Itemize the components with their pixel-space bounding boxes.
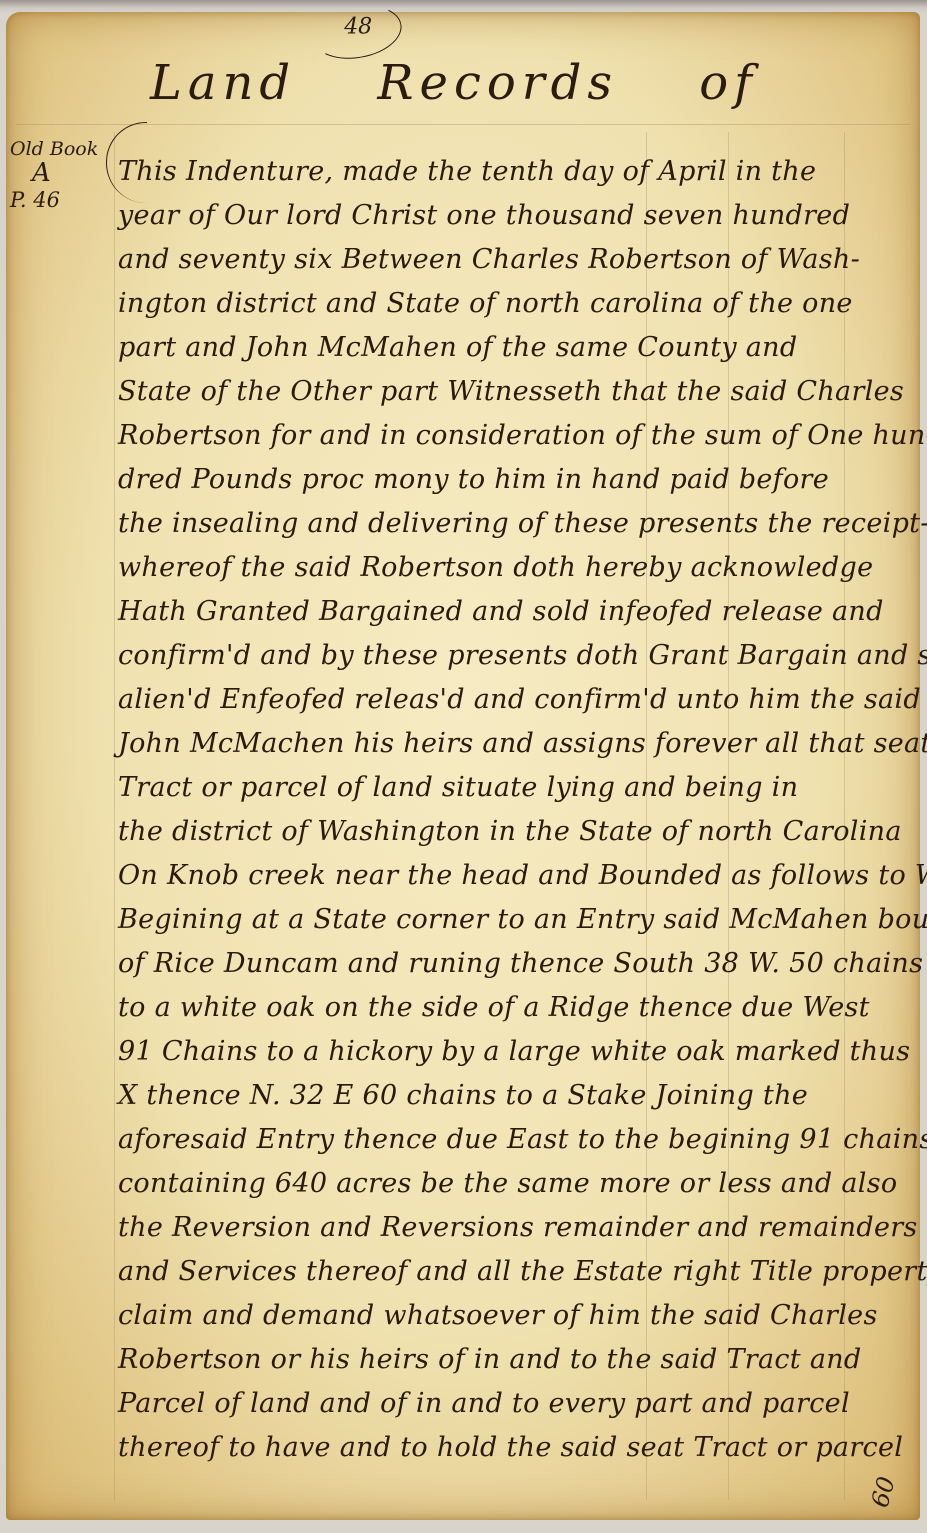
text-line: claim and demand whatsoever of him the s… [118,1294,918,1338]
text-line: ington district and State of north carol… [118,282,918,326]
header-rule [16,124,910,125]
margin-rule [114,132,115,1500]
text-line: the district of Washington in the State … [118,810,918,854]
text-line: and seventy six Between Charles Robertso… [118,238,918,282]
text-line: Begining at a State corner to an Entry s… [118,898,918,942]
text-line: On Knob creek near the head and Bounded … [118,854,918,898]
text-line: Robertson for and in consideration of th… [118,414,918,458]
text-line: State of the Other part Witnesseth that … [118,370,918,414]
text-line: 91 Chains to a hickory by a large white … [118,1030,918,1074]
page-title: Land Records of [150,55,758,111]
text-line: whereof the said Robertson doth hereby a… [118,546,918,590]
text-line: to a white oak on the side of a Ridge th… [118,986,918,1030]
text-line: thereof to have and to hold the said sea… [118,1426,918,1470]
text-line: confirm'd and by these presents doth Gra… [118,634,918,678]
text-line: alien'd Enfeofed releas'd and confirm'd … [118,678,918,722]
text-line: Parcel of land and of in and to every pa… [118,1382,918,1426]
text-line: the insealing and delivering of these pr… [118,502,918,546]
margin-note-book: Old Book [10,138,115,160]
text-line: aforesaid Entry thence due East to the b… [118,1118,918,1162]
text-line: containing 640 acres be the same more or… [118,1162,918,1206]
text-line: Hath Granted Bargained and sold infeofed… [118,590,918,634]
text-line: This Indenture, made the tenth day of Ap… [118,150,918,194]
text-line: part and John McMahen of the same County… [118,326,918,370]
page-number: 48 [344,15,372,40]
indenture-text: This Indenture, made the tenth day of Ap… [118,150,918,1470]
margin-note: Old Book A P. 46 [10,138,115,212]
text-line: year of Our lord Christ one thousand sev… [118,194,918,238]
text-line: Robertson or his heirs of in and to the … [118,1338,918,1382]
text-line: the Reversion and Reversions remainder a… [118,1206,918,1250]
margin-note-volume: A [10,158,115,188]
text-line: Tract or parcel of land situate lying an… [118,766,918,810]
text-line: of Rice Duncam and runing thence South 3… [118,942,918,986]
text-line: and Services thereof and all the Estate … [118,1250,918,1294]
text-line: dred Pounds proc mony to him in hand pai… [118,458,918,502]
margin-note-page: P. 46 [10,188,115,212]
text-line: John McMachen his heirs and assigns fore… [118,722,918,766]
text-line: X thence N. 32 E 60 chains to a Stake Jo… [118,1074,918,1118]
